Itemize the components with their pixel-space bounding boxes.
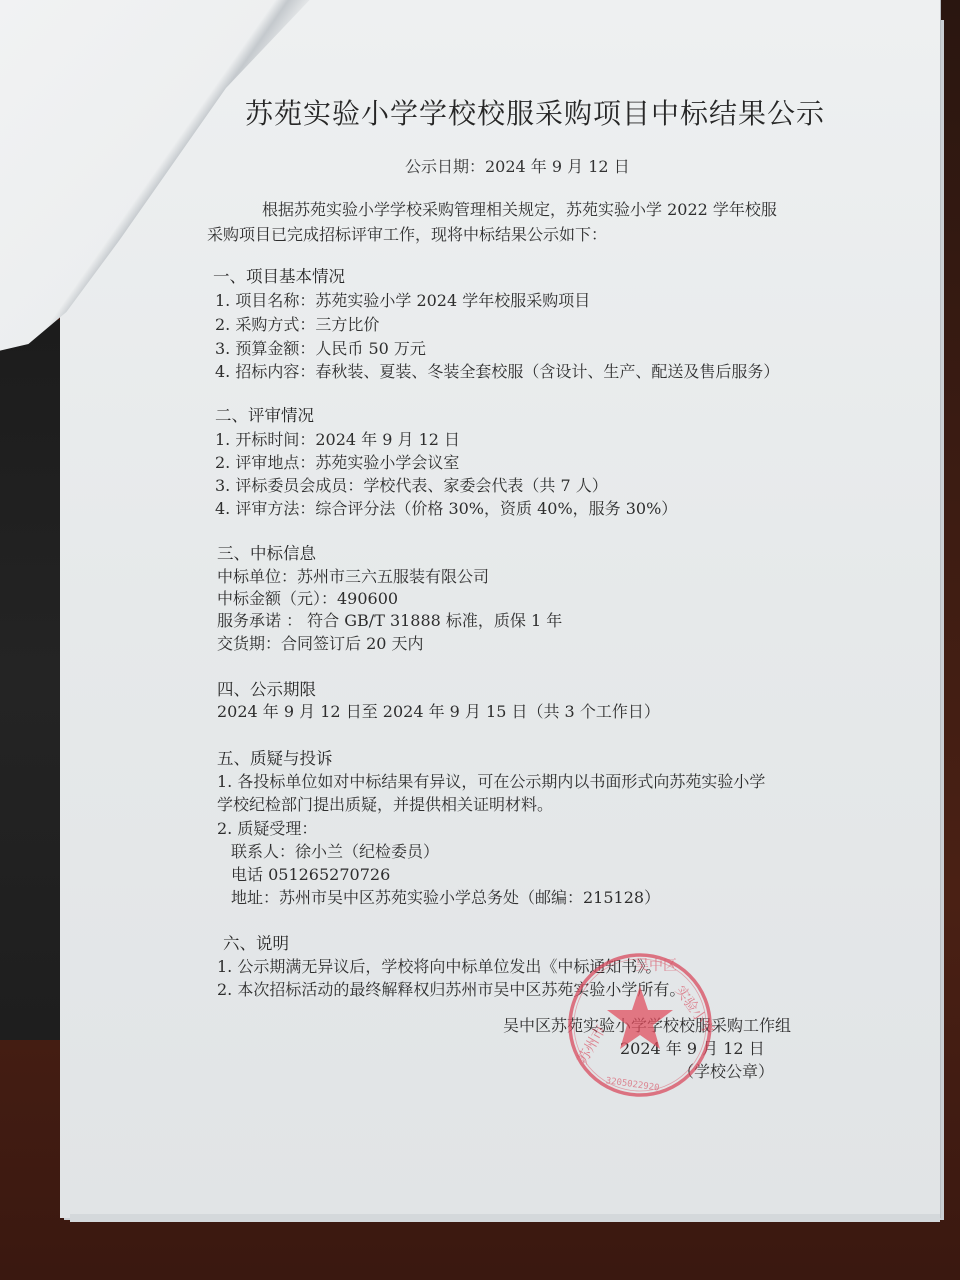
project-info-item: 4. 招标内容：春秋装、夏装、冬装全套校服（含设计、生产、配送及售后服务）: [215, 361, 779, 383]
intro-line-1: 根据苏苑实验小学学校采购管理相关规定，苏苑实验小学 2022 学年校服: [262, 199, 777, 221]
winning-bidder: 中标单位：苏州市三六五服装有限公司: [217, 566, 489, 588]
section-heading-winning-bid: 三、中标信息: [217, 543, 316, 565]
project-info-item: 3. 预算金额：人民币 50 万元: [215, 338, 426, 360]
section-heading-complaints: 五、质疑与投诉: [217, 748, 333, 770]
contact-person: 联系人：徐小兰（纪检委员）: [231, 841, 439, 863]
review-item: 3. 评标委员会成员：学校代表、家委会代表（共 7 人）: [215, 475, 608, 497]
service-commitment: 服务承诺 ： 符合 GB/T 31888 标准，质保 1 年: [217, 610, 562, 632]
signature-org: 吴中区苏苑实验小学学校校服采购工作组: [503, 1015, 791, 1037]
delivery-period: 交货期：合同签订后 20 天内: [217, 633, 424, 655]
contact-address: 地址：苏州市吴中区苏苑实验小学总务处（邮编：215128）: [231, 887, 660, 909]
document-content: 苏苑实验小学学校校服采购项目中标结果公示 公示日期：2024 年 9 月 12 …: [0, 0, 960, 1280]
review-item: 2. 评审地点：苏苑实验小学会议室: [215, 452, 459, 474]
section-heading-review: 二、评审情况: [215, 405, 314, 427]
section-heading-notes: 六、说明: [223, 933, 289, 955]
publicity-period: 2024 年 9 月 12 日至 2024 年 9 月 15 日（共 3 个工作…: [217, 701, 660, 723]
signature-date: 2024 年 9 月 12 日: [620, 1038, 765, 1060]
review-item: 4. 评审方法：综合评分法（价格 30%，资质 40%，服务 30%）: [215, 498, 677, 520]
complaints-item: 学校纪检部门提出质疑，并提供相关证明材料。: [217, 794, 553, 816]
notes-item: 1. 公示期满无异议后，学校将向中标单位发出《中标通知书》。: [217, 956, 661, 978]
complaints-item: 2. 质疑受理：: [217, 818, 317, 840]
winning-amount: 中标金额（元）：490600: [217, 588, 398, 610]
section-heading-project-info: 一、项目基本情况: [213, 266, 345, 288]
intro-line-2: 采购项目已完成招标评审工作，现将中标结果公示如下：: [207, 224, 607, 246]
review-item: 1. 开标时间：2024 年 9 月 12 日: [215, 429, 460, 451]
contact-phone: 电话 051265270726: [231, 864, 390, 886]
seal-note: （学校公章）: [678, 1061, 774, 1083]
project-info-item: 2. 采购方式：三方比价: [215, 314, 379, 336]
publish-date: 公示日期：2024 年 9 月 12 日: [405, 154, 630, 177]
section-heading-publicity-period: 四、公示期限: [217, 679, 316, 701]
project-info-item: 1. 项目名称：苏苑实验小学 2024 学年校服采购项目: [215, 290, 590, 312]
notes-item: 2. 本次招标活动的最终解释权归苏州市吴中区苏苑实验小学所有。: [217, 979, 685, 1001]
complaints-item: 1. 各投标单位如对中标结果有异议，可在公示期内以书面形式向苏苑实验小学: [217, 771, 765, 793]
document-title: 苏苑实验小学学校校服采购项目中标结果公示: [245, 92, 825, 132]
